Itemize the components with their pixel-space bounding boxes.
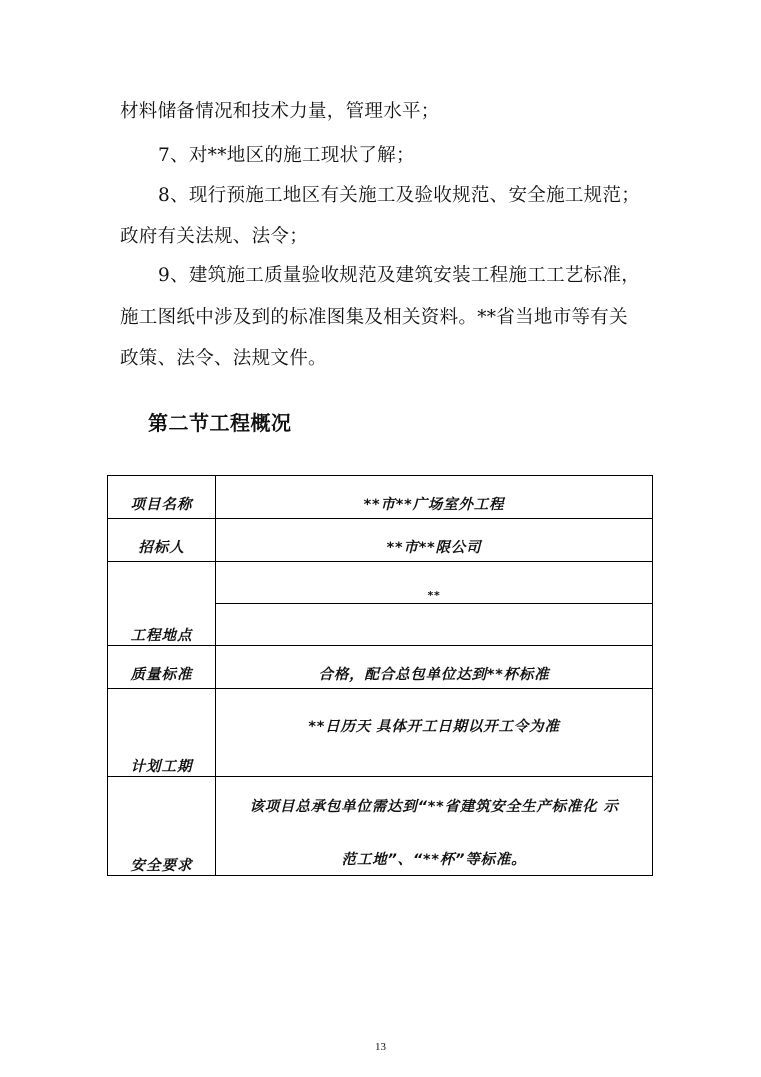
table-value-cell: 该项目总承包单位需达到“**省建筑安全生产标准化 示 范工地”、“**杯”等标准…	[216, 777, 653, 876]
value-schedule-days: **日历天	[308, 701, 371, 740]
table-row-safety: 安全要求 该项目总承包单位需达到“**省建筑安全生产标准化 示 范工地”、“**…	[108, 777, 653, 876]
value-schedule-note: 具体开工日期以开工令为准	[376, 689, 560, 740]
label-location: 工程地点	[131, 624, 193, 645]
table-row-schedule: 计划工期 **日历天 具体开工日期以开工令为准	[108, 689, 653, 777]
table-value-cell: **市**限公司	[216, 519, 653, 562]
table-value-cell: **	[216, 562, 653, 604]
table-label-cell: 招标人	[108, 519, 216, 562]
body-paragraph-item-7: 7、对**地区的施工现状了解；	[158, 145, 415, 167]
table-value-cell: **日历天 具体开工日期以开工令为准	[216, 689, 653, 777]
value-safety-line2: 范工地”、“**杯”等标准。	[342, 820, 527, 873]
table-label-cell: 质量标准	[108, 646, 216, 689]
table-row-project-name: 项目名称 **市**广场室外工程	[108, 476, 653, 519]
table-value-cell-empty	[216, 604, 653, 646]
table-label-cell: 计划工期	[108, 689, 216, 777]
body-paragraph-line: 施工图纸中涉及到的标准图集及相关资料。**省当地市等有关	[120, 307, 628, 329]
page-number: 13	[0, 1041, 761, 1053]
label-schedule: 计划工期	[131, 755, 193, 776]
label-safety: 安全要求	[131, 854, 193, 875]
value-safety-line1: 该项目总承包单位需达到“**省建筑安全生产标准化 示	[249, 777, 618, 820]
value-project-name: **市**广场室外工程	[364, 493, 505, 518]
value-quality: 合格，配合总包单位达到**杯标准	[319, 663, 550, 688]
label-project-name: 项目名称	[131, 493, 193, 518]
table-value-cell: 合格，配合总包单位达到**杯标准	[216, 646, 653, 689]
body-paragraph-line: 政策、法令、法规文件。	[120, 348, 327, 370]
label-tenderer: 招标人	[138, 536, 185, 561]
table-row-location: 工程地点 **	[108, 562, 653, 604]
section-title: 第二节工程概况	[148, 407, 292, 436]
table-label-cell: 项目名称	[108, 476, 216, 519]
table-row-tenderer: 招标人 **市**限公司	[108, 519, 653, 562]
table-label-cell: 安全要求	[108, 777, 216, 876]
value-location: **	[427, 589, 440, 602]
label-quality: 质量标准	[131, 663, 193, 688]
body-paragraph-line: 材料储备情况和技术力量，管理水平；	[120, 101, 440, 123]
body-paragraph-line: 政府有关法规、法令；	[120, 226, 308, 248]
table-row-quality: 质量标准 合格，配合总包单位达到**杯标准	[108, 646, 653, 689]
body-paragraph-item-9: 9、建筑施工质量验收规范及建筑安装工程施工工艺标准，	[158, 265, 640, 287]
body-paragraph-item-8: 8、现行预施工地区有关施工及验收规范、安全施工规范；	[158, 185, 640, 207]
project-overview-table: 项目名称 **市**广场室外工程 招标人 **市**限公司 工程地点 ** 质量…	[107, 475, 653, 876]
table-value-cell: **市**广场室外工程	[216, 476, 653, 519]
table-label-cell: 工程地点	[108, 562, 216, 646]
value-tenderer: **市**限公司	[387, 536, 482, 561]
document-page: 材料储备情况和技术力量，管理水平； 7、对**地区的施工现状了解； 8、现行预施…	[0, 0, 761, 1077]
